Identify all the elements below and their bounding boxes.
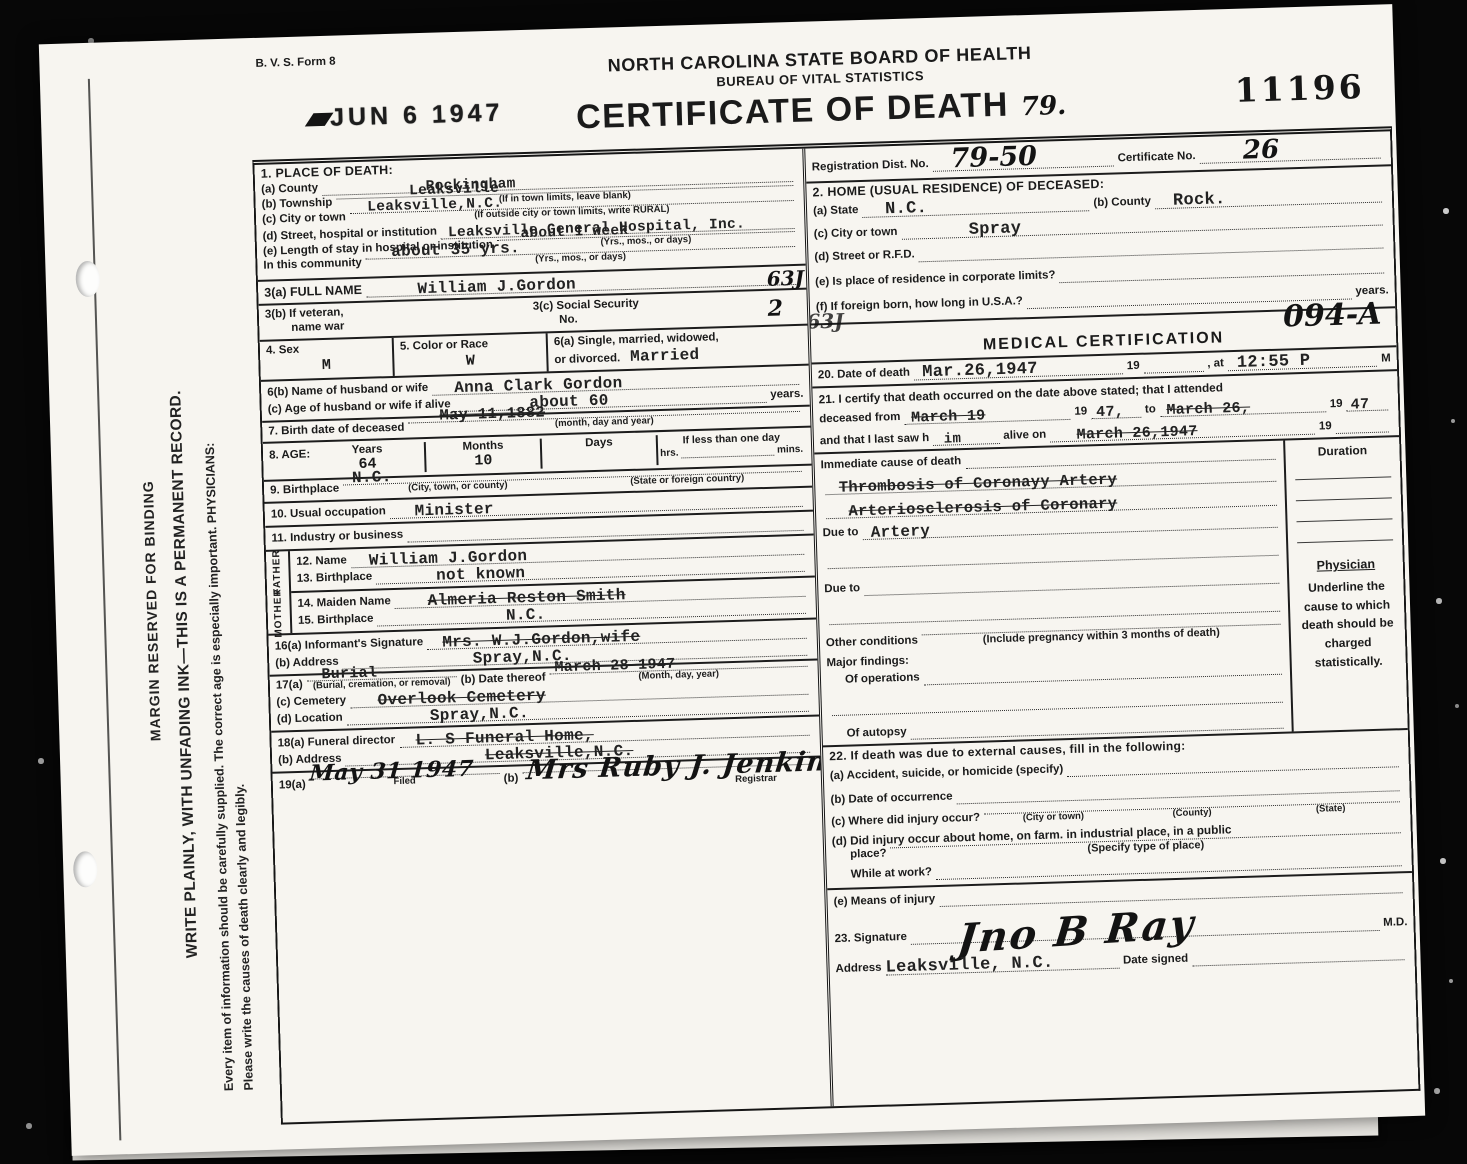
stay-value: about 1 week (520, 223, 628, 242)
disposal-label: 17(a) (276, 679, 303, 694)
spouse-age-suffix: years. (770, 388, 804, 403)
dod-at: , at (1207, 358, 1224, 372)
cemetery-label: (c) Cemetery (276, 695, 346, 711)
section-filed: 19(a) May 31 1947Filed (b) Mrs Ruby J. J… (273, 757, 831, 1122)
disposal-value: Burial (321, 665, 377, 684)
certify-to-year: 47 (1350, 396, 1369, 414)
dueto1-value: Artery (870, 522, 930, 542)
occupation-value: Minister (414, 500, 494, 520)
means-injury-label: (e) Means of injury (833, 893, 935, 910)
certno-value: 26 (1242, 135, 1279, 166)
parents-fields: 12. NameWilliam J.Gordon 13. Birthplacen… (290, 536, 816, 634)
disposal-date-label: (b) Date thereof (461, 672, 546, 688)
parents-block: FATHER MOTHER 12. NameWilliam J.Gordon 1… (266, 536, 816, 636)
certify-from-label: deceased from (819, 411, 901, 427)
right-column: Registration Dist. No. 79-50 Certificate… (802, 131, 1418, 1106)
medcert-code-handwriting: 094-A (1283, 297, 1382, 335)
certify-to-value: March 26, (1166, 400, 1250, 419)
section-place-of-death: 1. PLACE OF DEATH: (a) CountyRockingham … (254, 149, 805, 282)
date-signed-label: Date signed (1123, 952, 1189, 968)
cemetery-loc-label: (d) Location (277, 712, 343, 728)
home-county-label: (b) County (1093, 196, 1151, 211)
causes-left: Immediate cause of death Thrombosis of C… (814, 441, 1291, 745)
at-work-label: While at work? (851, 866, 933, 882)
corporate-field (1059, 258, 1384, 284)
age-hrs-field (681, 444, 774, 459)
age-days-cell: Days (540, 436, 657, 469)
age-mins-label: mins. (777, 444, 803, 456)
certify-from-year: 47, (1096, 403, 1124, 421)
race-cell: 5. Color or RaceW (392, 333, 547, 375)
father-side-cell: FATHER (266, 551, 289, 593)
occupation-label: 10. Usual occupation (271, 506, 386, 523)
marital-label-line2: or divorced. (554, 352, 620, 368)
mother-side-cell: MOTHER (267, 592, 290, 634)
county-label: (a) County (261, 182, 318, 197)
certify-saw-field: March 26,1947 (1050, 419, 1315, 443)
certify-from-19: 19 (1074, 406, 1087, 420)
autopsy-label: Of autopsy (846, 726, 906, 742)
margin-note-binding: MARGIN RESERVED FOR BINDING (140, 480, 164, 741)
certificate-paper: MARGIN RESERVED FOR BINDING WRITE PLAINL… (39, 4, 1425, 1156)
signature-md: M.D. (1383, 916, 1408, 931)
injury-where-label: (c) Where did injury occur? (831, 811, 980, 829)
duration-line (1296, 499, 1392, 523)
accident-field (1067, 751, 1399, 777)
birthdate-label: 7. Birth date of deceased (268, 421, 404, 439)
margin-note-supplied: Every item of information should be care… (203, 442, 236, 1091)
home-county-field: Rock. (1155, 187, 1382, 210)
registrar-label: (b) (503, 772, 518, 786)
certify-alive-label: alive on (1003, 429, 1046, 444)
section-causes: Immediate cause of death Thrombosis of C… (814, 437, 1407, 747)
signature-field: Jno B Ray (910, 909, 1379, 944)
dod-19-field (1143, 356, 1203, 374)
certify-saw-im: im (944, 431, 962, 448)
filed-label: 19(a) (279, 779, 306, 794)
signature-addr-label: Address (835, 961, 881, 976)
father-name-label: 12. Name (296, 555, 347, 570)
page-edge-shadow (88, 79, 122, 1141)
duration-label: Duration (1318, 443, 1368, 458)
home-street-label: (d) Street or R.F.D. (814, 249, 915, 266)
dod-field: Mar.26,1947 (914, 358, 1123, 380)
birthdate-value: May 11,1882 (439, 404, 545, 425)
signature-label: 23. Signature (835, 931, 908, 947)
mother-side-label: MOTHER (273, 588, 285, 638)
date-signed-field (1192, 944, 1405, 966)
occurrence-field (956, 775, 1399, 804)
dod-time-field: 12:55 P (1228, 351, 1378, 371)
certify-to-19: 19 (1330, 398, 1343, 412)
certify-from-value: March 19 (911, 408, 986, 427)
foreign-label: (f) If foreign born, how long in U.S.A.? (816, 295, 1023, 315)
parents-side-labels: FATHER MOTHER (266, 551, 292, 634)
spouse-age-label: (c) Age of husband or wife if alive (268, 398, 451, 417)
cemetery-loc-value: Spray,N.C. (430, 704, 530, 725)
birthplace-label: 9. Birthplace (270, 483, 339, 499)
certify-saw-value: March 26,1947 (1076, 423, 1197, 444)
industry-label: 11. Industry or business (271, 529, 403, 547)
signature-addr-field: Leaksville, N.C. (885, 952, 1119, 975)
disposal-date-value: March 28 1947 (554, 656, 675, 677)
mother-birthplace-value: N.C. (506, 606, 546, 625)
marital-cell: 6(a) Single, married, widowed,or divorce… (546, 325, 809, 371)
marital-value: Married (630, 345, 700, 365)
fullname-value: William J.Gordon (417, 276, 576, 299)
age-days-value (544, 448, 654, 469)
certify-to-label: to (1145, 404, 1156, 418)
certify-saw-label: and that I last saw h (820, 432, 930, 449)
certify-to-field: March 26, (1160, 396, 1326, 417)
section-external-causes: 22. If death was due to external causes,… (823, 730, 1412, 890)
corporate-label: (e) Is place of residence in corporate l… (815, 269, 1056, 290)
cause-line1-value: Thrombosis of Coronayy Artery (839, 471, 1118, 497)
veteran-cell: 3(b) If veteran,name war (265, 301, 534, 337)
home-county-value: Rock. (1173, 190, 1226, 211)
certno-label: Certificate No. (1117, 150, 1195, 166)
ssn-cell: 3(c) Social SecurityNo.2 (533, 293, 802, 329)
medcert-scribble: 63J (806, 309, 844, 334)
age-months-value: 10 (428, 451, 538, 472)
operations-label: Of operations (845, 671, 920, 687)
home-state-field: N.C. (862, 195, 1089, 218)
physician-note: Underline the cause to which death shoul… (1294, 576, 1401, 672)
form-column: B. V. S. Form 8 JUN 6 1947 NORTH CAROLIN… (249, 16, 1420, 1124)
certify-to-year-field: 47 (1346, 395, 1388, 412)
community-value: about 35 yrs. (391, 239, 520, 261)
father-birthplace-value: not known (436, 564, 526, 585)
regdist-field: 79-50 (932, 145, 1114, 171)
dod-19: 19 (1127, 360, 1140, 374)
duration-line (1295, 478, 1391, 502)
age-label: 8. AGE: (269, 446, 311, 477)
duration-line (1295, 457, 1391, 481)
left-column: 1. PLACE OF DEATH: (a) CountyRockingham … (254, 149, 830, 1123)
blank-line-2 (829, 596, 1280, 625)
city-label: (c) City or town (262, 211, 346, 227)
punch-hole (75, 261, 100, 298)
certificate-serial-number: 11196 (1234, 67, 1365, 110)
home-city-value: Spray (969, 219, 1022, 240)
age-less-cell: If less than one day hrs.mins. (656, 431, 806, 465)
accident-label: (a) Accident, suicide, or homicide (spec… (830, 763, 1064, 784)
sex-cell: 4. SexM (260, 338, 393, 380)
certify-saw-19-field (1335, 417, 1388, 435)
blank-line-1 (827, 540, 1278, 569)
registrar-field: Mrs Ruby J. Jenkins (522, 764, 810, 774)
fullname-margin-scribble: 63J (766, 266, 804, 291)
section-signature: (e) Means of injury 23. Signature Jno B … (827, 872, 1418, 1106)
dod-time-value: 12:55 P (1237, 352, 1311, 373)
certify-from-year-field: 47, (1091, 402, 1141, 419)
dueto1-label: Due to (822, 527, 858, 542)
age-hrs-label: hrs. (660, 448, 679, 460)
margin-note-legibly: Please write the causes of death clearly… (233, 784, 256, 1091)
dod-label: 20. Date of death (818, 367, 910, 384)
dod-m: M (1381, 353, 1391, 367)
margin-note-permanent-record: WRITE PLAINLY, WITH UNFADING INK—THIS IS… (167, 390, 202, 959)
other-label: Other conditions (826, 635, 918, 652)
duration-line (1297, 520, 1393, 544)
form-body: 1. PLACE OF DEATH: (a) CountyRockingham … (252, 126, 1420, 1124)
regdist-label: Registration Dist. No. (812, 158, 929, 175)
home-state-value: N.C. (885, 199, 928, 219)
home-state-label: (a) State (813, 204, 859, 219)
signature-addr-value: Leaksville, N.C. (885, 953, 1054, 977)
certify-saw-19: 19 (1319, 421, 1332, 435)
filed-date-handwriting: May 31 1947 (308, 756, 474, 787)
mother-name-label: 14. Maiden Name (297, 596, 391, 613)
township-label: (b) Township (261, 197, 332, 213)
injury-place-label-line2: place? (850, 847, 887, 862)
punch-hole (73, 851, 98, 888)
cause-line2-value: Arteriosclerosis of Coronary (848, 495, 1117, 521)
filed-field: May 31 1947 (310, 773, 500, 780)
community-label: In this community (263, 257, 362, 274)
age-months-cell: Months10 (424, 439, 541, 472)
certify-from-field: March 19 (904, 404, 1070, 425)
dueto2-field (864, 568, 1280, 596)
handwritten-district-number: 79. (1021, 91, 1067, 122)
physician-label: Physician (1316, 557, 1375, 573)
duration-column: Duration Physician Underline the cause t… (1283, 437, 1408, 731)
cause-label: Immediate cause of death (820, 456, 961, 474)
certno-field: 26 (1199, 138, 1381, 164)
certify-saw-im-field: im (933, 428, 1000, 446)
dueto2-label: Due to (824, 583, 860, 598)
sex-value: M (266, 355, 386, 377)
fullname-label: 3(a) FULL NAME (264, 283, 362, 301)
scan-speckles (0, 0, 2, 2)
regdist-value: 79-50 (950, 141, 1037, 175)
certificate-title-text: CERTIFICATE OF DEATH (576, 86, 1010, 137)
birthplace-value: N.C. (352, 468, 392, 487)
home-city-label: (c) City or town (814, 226, 898, 242)
father-birthplace-label: 13. Birthplace (297, 571, 373, 587)
blank-line-3 (832, 686, 1283, 715)
mother-birthplace-label: 15. Birthplace (298, 613, 374, 629)
ssn-scribble: 2 (767, 296, 783, 322)
dod-value: Mar.26,1947 (922, 360, 1038, 382)
occurrence-label: (b) Date of occurrence (830, 791, 952, 808)
